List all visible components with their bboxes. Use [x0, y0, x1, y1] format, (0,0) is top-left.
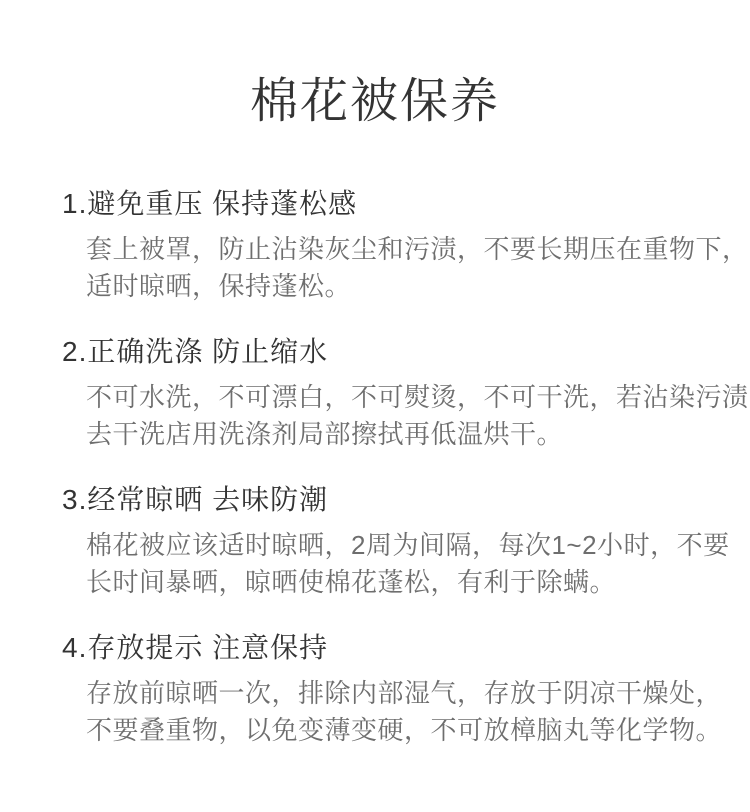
- section-1-body-line-1: 套上被罩，防止沾染灰尘和污渍，不要长期压在重物下，: [86, 231, 694, 268]
- section-1-body: 套上被罩，防止沾染灰尘和污渍，不要长期压在重物下， 适时晾晒，保持蓬松。: [62, 231, 694, 305]
- care-section-2: 2.正确洗涤 防止缩水 不可水洗，不可漂白，不可熨烫，不可干洗，若沾染污渍 去干…: [62, 333, 694, 453]
- section-3-heading: 3.经常晾晒 去味防潮: [62, 481, 694, 519]
- section-4-body-line-2: 不要叠重物，以免变薄变硬，不可放樟脑丸等化学物。: [86, 712, 694, 749]
- quilt-care-page: 棉花被保养 1.避免重压 保持蓬松感 套上被罩，防止沾染灰尘和污渍，不要长期压在…: [0, 0, 750, 812]
- section-3-body: 棉花被应该适时晾晒，2周为间隔，每次1~2小时，不要 长时间暴晒，晾晒使棉花蓬松…: [62, 527, 694, 601]
- section-4-body-line-1: 存放前晾晒一次，排除内部湿气，存放于阴凉干燥处，: [86, 675, 694, 712]
- care-section-1: 1.避免重压 保持蓬松感 套上被罩，防止沾染灰尘和污渍，不要长期压在重物下， 适…: [62, 185, 694, 305]
- section-2-body-line-1: 不可水洗，不可漂白，不可熨烫，不可干洗，若沾染污渍: [86, 379, 694, 416]
- section-1-heading: 1.避免重压 保持蓬松感: [62, 185, 694, 223]
- care-sections: 1.避免重压 保持蓬松感 套上被罩，防止沾染灰尘和污渍，不要长期压在重物下， 适…: [0, 185, 750, 749]
- section-3-body-line-2: 长时间暴晒，晾晒使棉花蓬松，有利于除螨。: [86, 564, 694, 601]
- care-section-3: 3.经常晾晒 去味防潮 棉花被应该适时晾晒，2周为间隔，每次1~2小时，不要 长…: [62, 481, 694, 601]
- section-3-body-line-1: 棉花被应该适时晾晒，2周为间隔，每次1~2小时，不要: [86, 527, 694, 564]
- section-4-body: 存放前晾晒一次，排除内部湿气，存放于阴凉干燥处， 不要叠重物，以免变薄变硬，不可…: [62, 675, 694, 749]
- care-section-4: 4.存放提示 注意保持 存放前晾晒一次，排除内部湿气，存放于阴凉干燥处， 不要叠…: [62, 629, 694, 749]
- page-title: 棉花被保养: [0, 0, 750, 130]
- section-2-body: 不可水洗，不可漂白，不可熨烫，不可干洗，若沾染污渍 去干洗店用洗涤剂局部擦拭再低…: [62, 379, 694, 453]
- section-2-body-line-2: 去干洗店用洗涤剂局部擦拭再低温烘干。: [86, 416, 694, 453]
- section-2-heading: 2.正确洗涤 防止缩水: [62, 333, 694, 371]
- section-1-body-line-2: 适时晾晒，保持蓬松。: [86, 268, 694, 305]
- section-4-heading: 4.存放提示 注意保持: [62, 629, 694, 667]
